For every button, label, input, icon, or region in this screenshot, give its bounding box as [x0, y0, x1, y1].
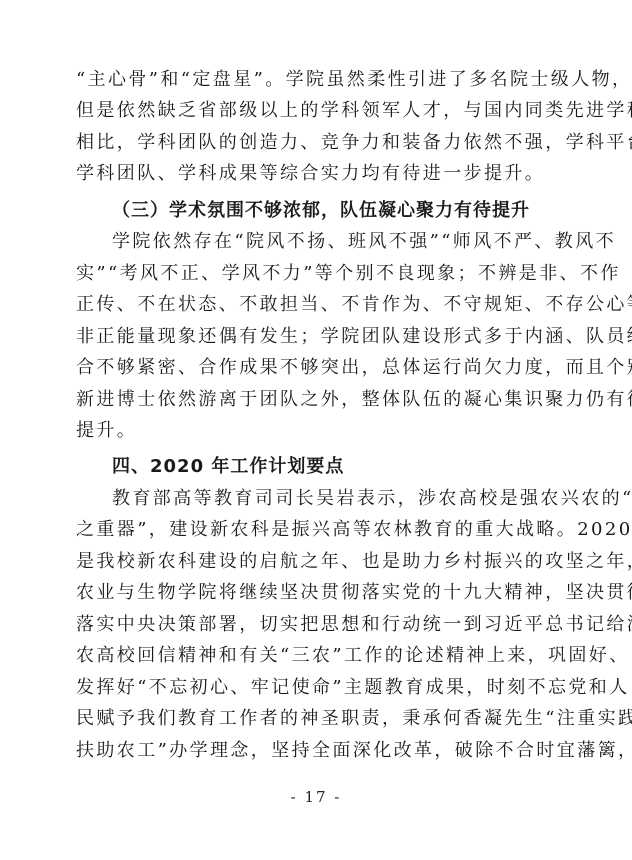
text-line: 正传、不在状态、不敢担当、不肯作为、不守规矩、不存公心等	[76, 290, 556, 320]
text-line: 民赋予我们教育工作者的神圣职责，秉承何香凝先生“注重实践、	[76, 704, 556, 734]
document-page: “主心骨”和“定盘星”。学院虽然柔性引进了多名院士级人物， 但是依然缺乏省部级以…	[0, 0, 632, 860]
text-line: 农高校回信精神和有关“三农”工作的论述精神上来，巩固好、	[76, 641, 556, 671]
text-line: 学院依然存在“院风不扬、班风不强”“师风不严、教风不	[112, 227, 556, 257]
text-line: 落实中央决策部署，切实把思想和行动统一到习近平总书记给涉	[76, 610, 556, 640]
text-line: 是我校新农科建设的启航之年、也是助力乡村振兴的攻坚之年，	[76, 547, 556, 577]
section-heading: 四、2020 年工作计划要点	[112, 452, 556, 482]
text-line: “主心骨”和“定盘星”。学院虽然柔性引进了多名院士级人物，	[76, 65, 556, 95]
text-line: 相比，学科团队的创造力、竞争力和装备力依然不强，学科平台、	[76, 128, 556, 158]
text-line: 之重器”，建设新农科是振兴高等农林教育的重大战略。2020 年	[76, 515, 556, 545]
text-line: 提升。	[76, 416, 556, 446]
text-line: 但是依然缺乏省部级以上的学科领军人才，与国内同类先进学科	[76, 96, 556, 126]
section-heading: （三）学术氛围不够浓郁，队伍凝心聚力有待提升	[112, 196, 556, 226]
text-line: 学科团队、学科成果等综合实力均有待进一步提升。	[76, 159, 556, 189]
text-line: 合不够紧密、合作成果不够突出，总体运行尚欠力度，而且个别	[76, 353, 556, 383]
text-line: 农业与生物学院将继续坚决贯彻落实党的十九大精神，坚决贯彻	[76, 578, 556, 608]
page-number: - 17 -	[0, 788, 632, 806]
text-line: 教育部高等教育司司长吴岩表示，涉农高校是强农兴农的“国	[112, 484, 556, 514]
text-line: 实”“考风不正、学风不力”等个别不良现象；不辨是非、不作	[76, 259, 556, 289]
text-line: 发挥好“不忘初心、牢记使命”主题教育成果，时刻不忘党和人	[76, 673, 556, 703]
text-line: 非正能量现象还偶有发生；学院团队建设形式多于内涵、队员结	[76, 322, 556, 352]
text-line: 新进博士依然游离于团队之外，整体队伍的凝心集识聚力仍有待	[76, 385, 556, 415]
text-line: 扶助农工”办学理念，坚持全面深化改革，破除不合时宜藩篱，	[76, 736, 556, 766]
